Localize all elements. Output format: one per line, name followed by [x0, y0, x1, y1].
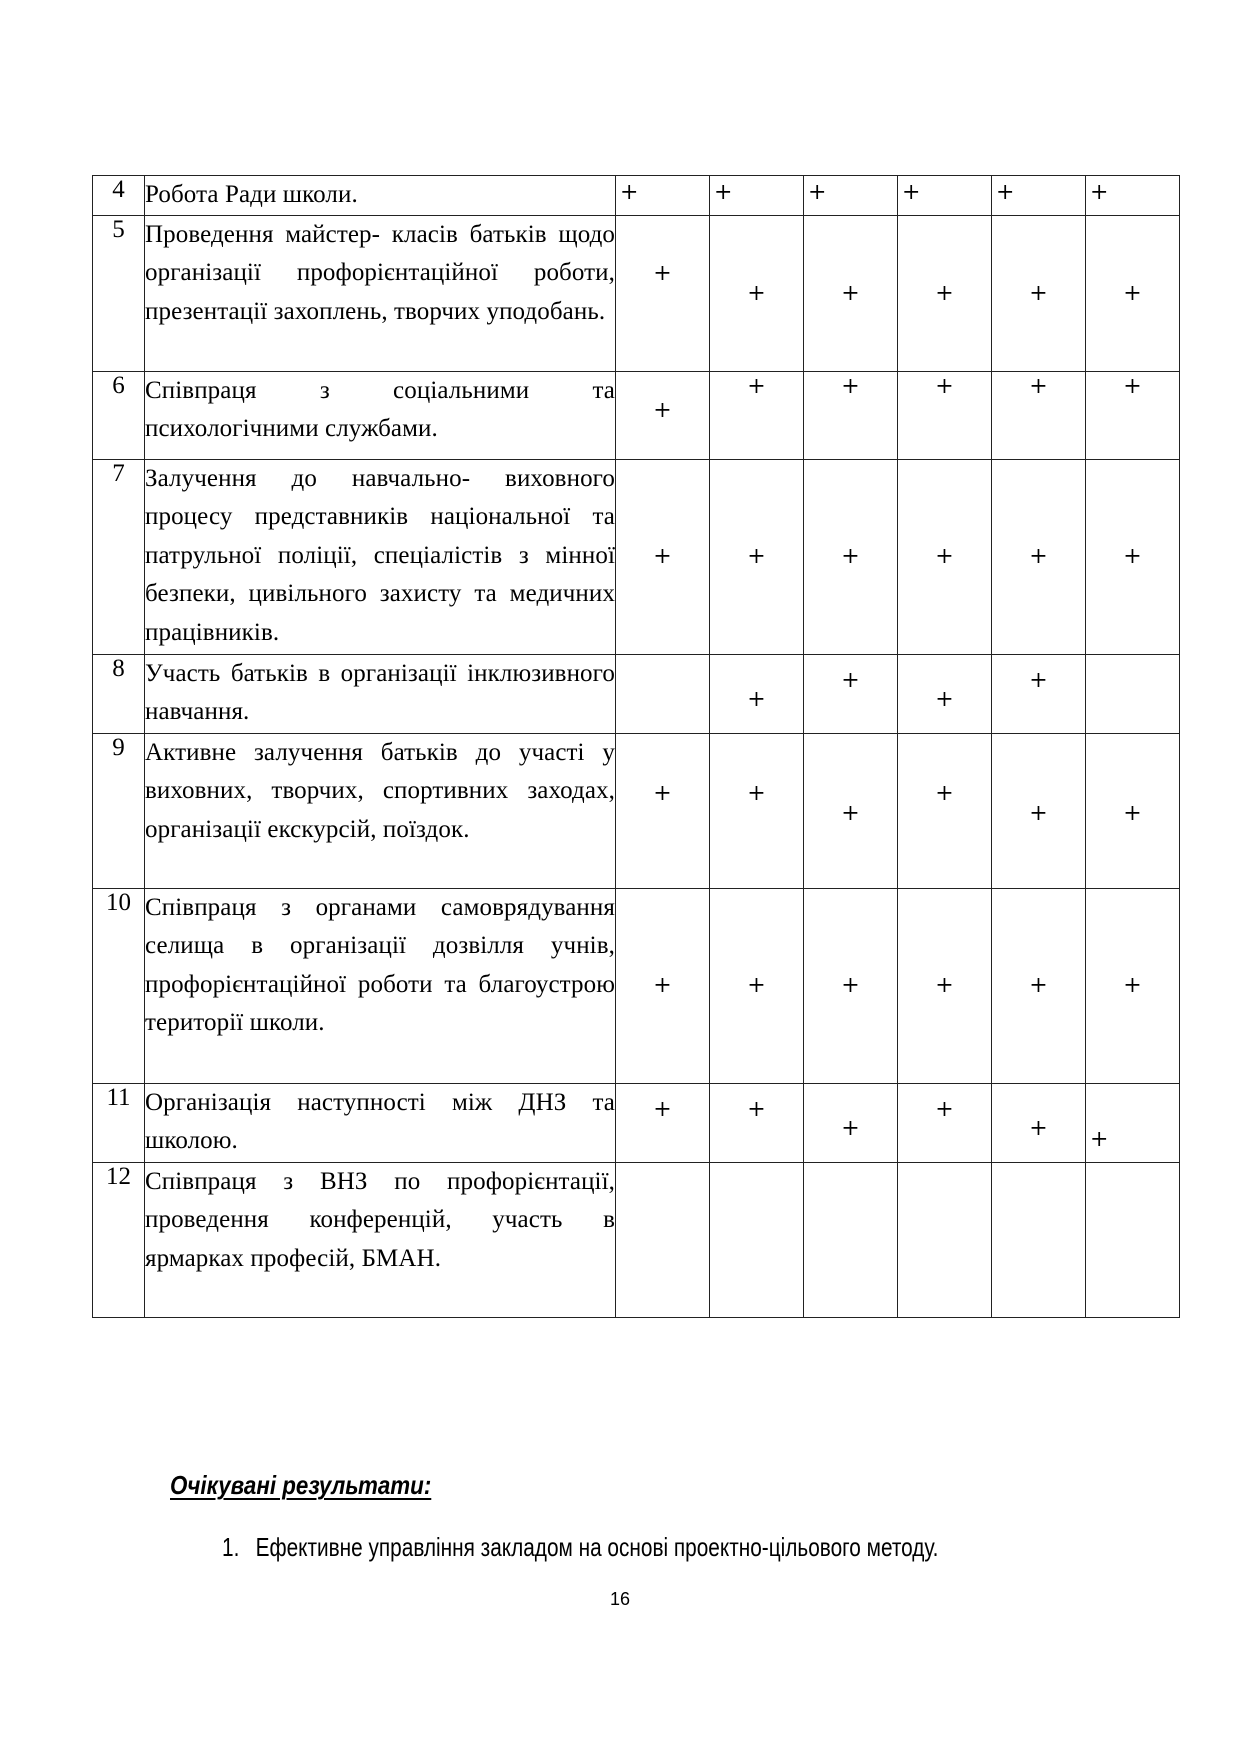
plus-mark: +: [1123, 283, 1141, 305]
mark-cell: [616, 654, 710, 733]
row-number: 11: [93, 1083, 145, 1162]
plus-mark: +: [1123, 376, 1141, 398]
plus-mark: +: [653, 1099, 671, 1121]
mark-cell: [898, 1162, 992, 1317]
plus-mark: +: [841, 803, 859, 825]
mark-cell: +: [804, 1083, 898, 1162]
page-number: 16: [0, 1589, 1240, 1610]
plus-mark: +: [935, 689, 953, 711]
mark-cell: +: [898, 654, 992, 733]
plus-mark: +: [747, 376, 765, 398]
mark-cell: +: [992, 215, 1086, 371]
plus-mark: +: [1029, 376, 1047, 398]
activity-text: Участь батьків в організації інклюзивног…: [145, 654, 616, 733]
table-row: 10Співпраця з органами самоврядування се…: [93, 888, 1180, 1083]
result-item-number: 1.: [222, 1532, 256, 1563]
plus-mark: +: [935, 975, 953, 997]
plus-mark: +: [747, 283, 765, 305]
row-number: 5: [93, 215, 145, 371]
plus-mark: +: [747, 783, 765, 805]
mark-cell: [1086, 654, 1180, 733]
mark-cell: +: [1086, 176, 1180, 216]
plus-mark: +: [841, 546, 859, 568]
plus-mark: +: [1090, 1129, 1108, 1151]
mark-cell: +: [804, 371, 898, 459]
plus-mark: +: [935, 283, 953, 305]
mark-cell: [1086, 1162, 1180, 1317]
plus-mark: +: [1123, 975, 1141, 997]
mark-cell: +: [1086, 888, 1180, 1083]
plus-mark: +: [808, 182, 826, 204]
plus-mark: +: [653, 783, 671, 805]
plus-mark: +: [1123, 546, 1141, 568]
plus-mark: +: [747, 1099, 765, 1121]
mark-cell: +: [616, 371, 710, 459]
mark-cell: +: [898, 176, 992, 216]
table-row: 7Залучення до навчально- виховного проце…: [93, 459, 1180, 654]
plus-mark: +: [935, 376, 953, 398]
mark-cell: +: [710, 654, 804, 733]
row-number: 7: [93, 459, 145, 654]
mark-cell: +: [710, 371, 804, 459]
mark-cell: +: [710, 459, 804, 654]
plus-mark: +: [1029, 670, 1047, 692]
mark-cell: +: [710, 1083, 804, 1162]
plus-mark: +: [935, 783, 953, 805]
mark-cell: +: [710, 733, 804, 888]
plus-mark: +: [902, 182, 920, 204]
mark-cell: +: [898, 215, 992, 371]
mark-cell: +: [710, 215, 804, 371]
row-number: 10: [93, 888, 145, 1083]
plus-mark: +: [996, 182, 1014, 204]
mark-cell: +: [1086, 371, 1180, 459]
plus-mark: +: [653, 975, 671, 997]
mark-cell: +: [1086, 1083, 1180, 1162]
mark-cell: +: [992, 371, 1086, 459]
plus-mark: +: [1029, 1118, 1047, 1140]
mark-cell: +: [616, 176, 710, 216]
mark-cell: [804, 1162, 898, 1317]
mark-cell: +: [804, 176, 898, 216]
table-row: 11Організація наступності між ДНЗ та шко…: [93, 1083, 1180, 1162]
mark-cell: +: [992, 733, 1086, 888]
activities-table: 4Робота Ради школи.++++++5Проведення май…: [92, 175, 1180, 1318]
plus-mark: +: [747, 546, 765, 568]
row-number: 4: [93, 176, 145, 216]
row-number: 9: [93, 733, 145, 888]
mark-cell: +: [992, 1083, 1086, 1162]
result-item-text: Ефективне управління закладом на основі …: [256, 1532, 939, 1562]
table-row: 4Робота Ради школи.++++++: [93, 176, 1180, 216]
plus-mark: +: [747, 975, 765, 997]
plus-mark: +: [841, 1118, 859, 1140]
activity-text: Організація наступності між ДНЗ та школо…: [145, 1083, 616, 1162]
mark-cell: +: [616, 888, 710, 1083]
mark-cell: +: [898, 459, 992, 654]
mark-cell: +: [616, 459, 710, 654]
activity-text: Співпраця з соціальними та психологічним…: [145, 371, 616, 459]
activity-text: Робота Ради школи.: [145, 176, 616, 216]
mark-cell: [616, 1162, 710, 1317]
plus-mark: +: [653, 263, 671, 285]
plus-mark: +: [1029, 283, 1047, 305]
mark-cell: +: [804, 215, 898, 371]
mark-cell: +: [710, 176, 804, 216]
table-row: 6Співпраця з соціальними та психологічни…: [93, 371, 1180, 459]
mark-cell: +: [898, 733, 992, 888]
plus-mark: +: [1029, 546, 1047, 568]
plus-mark: +: [1029, 803, 1047, 825]
mark-cell: +: [710, 888, 804, 1083]
mark-cell: +: [804, 733, 898, 888]
plus-mark: +: [653, 546, 671, 568]
plus-mark: +: [620, 182, 638, 204]
document-page: 4Робота Ради школи.++++++5Проведення май…: [0, 0, 1240, 1754]
mark-cell: +: [898, 371, 992, 459]
activity-text: Проведення майстер- класів батьків щодо …: [145, 215, 616, 371]
mark-cell: +: [992, 459, 1086, 654]
mark-cell: +: [804, 888, 898, 1083]
mark-cell: +: [1086, 215, 1180, 371]
mark-cell: +: [992, 888, 1086, 1083]
plus-mark: +: [714, 182, 732, 204]
plus-mark: +: [653, 400, 671, 422]
plus-mark: +: [841, 376, 859, 398]
table-row: 8Участь батьків в організації інклюзивно…: [93, 654, 1180, 733]
expected-results-heading: Очікувані результати:: [170, 1470, 431, 1501]
table-row: 9Активне залучення батьків до участі у в…: [93, 733, 1180, 888]
mark-cell: +: [616, 215, 710, 371]
mark-cell: +: [898, 1083, 992, 1162]
plus-mark: +: [841, 283, 859, 305]
mark-cell: +: [1086, 733, 1180, 888]
activity-text: Залучення до навчально- виховного процес…: [145, 459, 616, 654]
row-number: 6: [93, 371, 145, 459]
mark-cell: [992, 1162, 1086, 1317]
plus-mark: +: [1123, 803, 1141, 825]
row-number: 12: [93, 1162, 145, 1317]
mark-cell: +: [898, 888, 992, 1083]
mark-cell: +: [804, 654, 898, 733]
mark-cell: +: [1086, 459, 1180, 654]
table-row: 12Співпраця з ВНЗ по профорієнтації, про…: [93, 1162, 1180, 1317]
plus-mark: +: [747, 689, 765, 711]
plus-mark: +: [841, 975, 859, 997]
plus-mark: +: [1029, 975, 1047, 997]
mark-cell: +: [616, 1083, 710, 1162]
mark-cell: +: [992, 176, 1086, 216]
plus-mark: +: [935, 1099, 953, 1121]
table-row: 5Проведення майстер- класів батьків щодо…: [93, 215, 1180, 371]
plus-mark: +: [841, 670, 859, 692]
plus-mark: +: [1090, 182, 1108, 204]
mark-cell: [710, 1162, 804, 1317]
mark-cell: +: [616, 733, 710, 888]
activity-text: Активне залучення батьків до участі у ви…: [145, 733, 616, 888]
activity-text: Співпраця з ВНЗ по профорієнтації, прове…: [145, 1162, 616, 1317]
activity-text: Співпраця з органами самоврядування сели…: [145, 888, 616, 1083]
result-item: 1.Ефективне управління закладом на основ…: [222, 1532, 938, 1563]
plus-mark: +: [935, 546, 953, 568]
row-number: 8: [93, 654, 145, 733]
mark-cell: +: [992, 654, 1086, 733]
mark-cell: +: [804, 459, 898, 654]
